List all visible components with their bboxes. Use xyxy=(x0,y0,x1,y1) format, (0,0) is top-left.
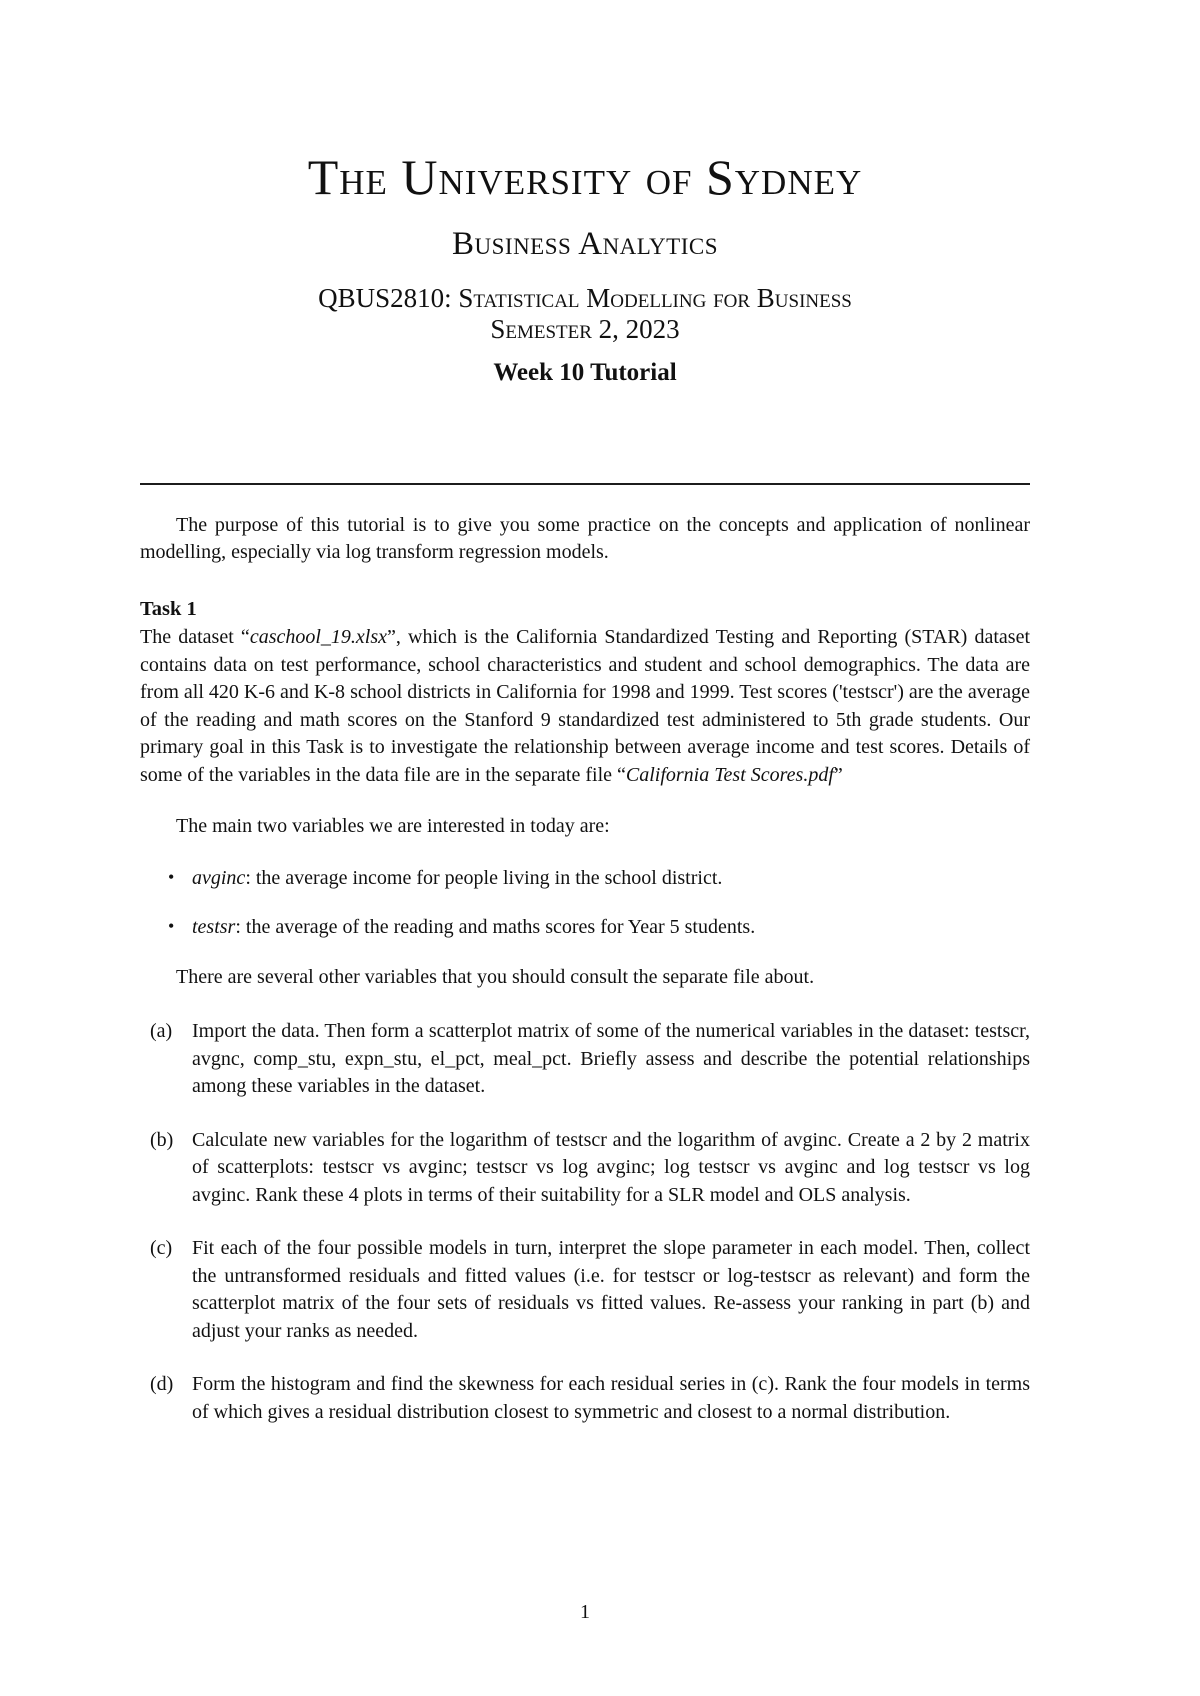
note-paragraph: There are several other variables that y… xyxy=(140,964,1030,992)
text-block: The University of Sydney Business Analyt… xyxy=(140,0,1030,1426)
item-label: (b) xyxy=(150,1127,173,1155)
item-text: Form the histogram and find the skewness… xyxy=(192,1371,1030,1426)
document-page: The University of Sydney Business Analyt… xyxy=(0,0,1200,1696)
task-item-a: (a) Import the data. Then form a scatter… xyxy=(140,1018,1030,1101)
document-title: Week 10 Tutorial xyxy=(140,359,1030,387)
dataset-filename: caschool_19.xlsx xyxy=(250,626,387,648)
task-item-b: (b) Calculate new variables for the loga… xyxy=(140,1127,1030,1210)
intro-paragraph: The purpose of this tutorial is to give … xyxy=(140,512,1030,567)
semester-line: Semester 2, 2023 xyxy=(140,314,1030,345)
task1-text-part2: ”, which is the California Standardized … xyxy=(140,626,1030,786)
task-item-d: (d) Form the histogram and find the skew… xyxy=(140,1371,1030,1426)
item-label: (d) xyxy=(150,1371,173,1399)
task1-text-part1: The dataset “ xyxy=(140,626,250,648)
item-text: Import the data. Then form a scatterplot… xyxy=(192,1018,1030,1101)
item-text: Fit each of the four possible models in … xyxy=(192,1235,1030,1345)
task1-text-part3: ” xyxy=(834,764,843,786)
variable-list: • avginc: the average income for people … xyxy=(140,865,1030,942)
variables-intro: The main two variables we are interested… xyxy=(140,813,1030,841)
document-header: The University of Sydney Business Analyt… xyxy=(140,0,1030,387)
variable-term: avginc xyxy=(192,867,245,889)
task-item-c: (c) Fit each of the four possible models… xyxy=(140,1235,1030,1345)
item-label: (a) xyxy=(150,1018,172,1046)
page-number: 1 xyxy=(140,1601,1030,1624)
bullet-icon: • xyxy=(168,913,174,941)
list-item-avginc: • avginc: the average income for people … xyxy=(140,865,1030,893)
item-text: Calculate new variables for the logarith… xyxy=(192,1127,1030,1210)
task1-description: The dataset “caschool_19.xlsx”, which is… xyxy=(140,624,1030,789)
university-title: The University of Sydney xyxy=(140,152,1030,202)
item-label: (c) xyxy=(150,1235,172,1263)
bullet-icon: • xyxy=(168,864,174,892)
task-item-list: (a) Import the data. Then form a scatter… xyxy=(140,1018,1030,1426)
task1-heading: Task 1 xyxy=(140,596,1030,624)
reference-filename: California Test Scores.pdf xyxy=(626,764,834,786)
variable-definition: : the average of the reading and maths s… xyxy=(235,916,755,938)
list-item-testsr: • testsr: the average of the reading and… xyxy=(140,914,1030,942)
department-title: Business Analytics xyxy=(140,228,1030,261)
variable-term: testsr xyxy=(192,916,235,938)
course-title: QBUS2810: Statistical Modelling for Busi… xyxy=(140,283,1030,314)
variable-definition: : the average income for people living i… xyxy=(245,867,722,889)
horizontal-rule xyxy=(140,483,1030,485)
